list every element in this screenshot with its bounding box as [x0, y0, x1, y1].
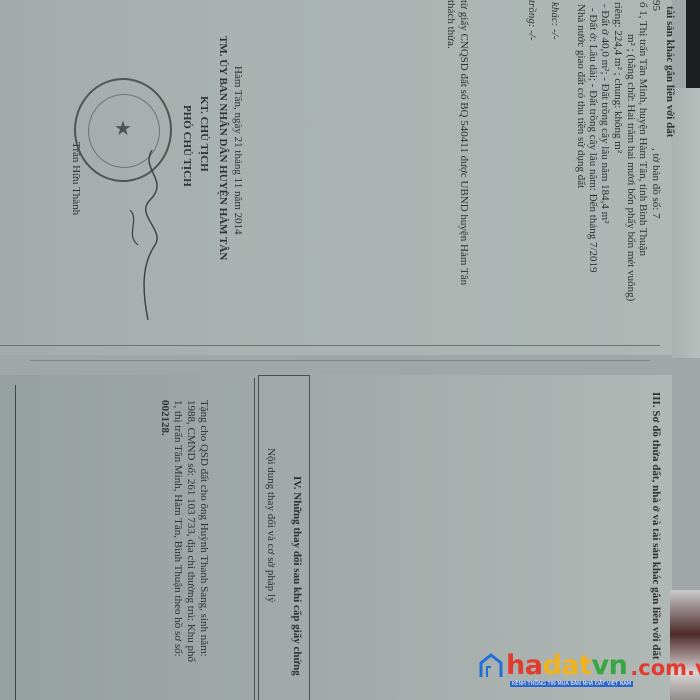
land-use-term-line: - Đất ở: Lâu dài; - Đất trồng cây lâu nă… [586, 8, 599, 273]
change-entry-line-4: 002128. [158, 400, 171, 436]
certificate-origin-line: từ giấy CNQSD đất số BQ 540411 được UBND… [457, 0, 470, 285]
house-logo-icon [478, 653, 504, 679]
section-iii-heading: III. Sơ đồ thửa đất, nhà ở và tài sản kh… [649, 392, 662, 660]
signer-title: PHÓ CHỦ TỊCH [180, 105, 193, 187]
section-heading-fragment: tài sản khác gắn liền với đất [663, 6, 676, 137]
land-use-purpose-line: - Đất ở 40,0 m²; - Đất trồng cây lâu năm… [598, 4, 611, 224]
address-line: ố 1, Thị trấn Tân Minh, huyện Hàm Tân, t… [636, 2, 649, 256]
section-iv-column-header: Nội dung thay đổi và cơ sở pháp lý [264, 448, 277, 603]
area-in-words-line: m² ; (bằng chữ: Hai trăm hai mươi bốn ph… [624, 34, 637, 301]
page-edge-strip [672, 88, 700, 358]
parcel-number-line: 95 [649, 0, 662, 11]
page-fold-line [0, 345, 660, 346]
change-entry-line-1: Tặng cho QSD đất cho ông Huỳnh Thanh San… [197, 400, 210, 657]
change-entry-line-2: 1988, CMND số: 261 103 733, địa chỉ thườ… [184, 400, 197, 662]
background-photo-edge [670, 590, 700, 700]
watermark-logo[interactable]: hadatvn .com.vn KÊNH THÔNG TIN MUA BÁN N… [478, 653, 700, 679]
area-split-line: riêng: 224,4 m² ; chung: không m² [611, 2, 624, 153]
watermark-tagline: KÊNH THÔNG TIN MUA BÁN NHÀ ĐẤT VIỆT NAM [510, 681, 633, 687]
certificate-page-upper [0, 0, 672, 355]
map-sheet-line: , tờ bản đồ số: 7 [649, 148, 662, 219]
issuing-authority: TM. ỦY BAN NHÂN DÂN HUYỆN HÀM TÂN [216, 36, 229, 260]
trees-label: trồng: -/- [525, 0, 538, 41]
on-behalf-of: KT. CHỦ TỊCH [197, 96, 210, 172]
certificate-origin-line-2: thách thửa. [444, 0, 457, 49]
section-iv-heading: IV. Những thay đổi sau khi cấp giấy chứn… [290, 476, 303, 676]
page-fold-line [30, 360, 650, 361]
change-entry-line-3: 1, thị trấn Tân Minh, Hàm Tân, Bình Thuậ… [171, 400, 184, 657]
land-origin-line: Nhà nước giao đất có thu tiền sử dụng đấ… [574, 4, 587, 188]
watermark-domain: .com.vn [630, 657, 700, 679]
document-photo: tài sản khác gắn liền với đất 95 , tờ bả… [0, 0, 700, 700]
table-border [254, 378, 256, 700]
background-edge [686, 0, 700, 88]
place-date: Hàm Tân, ngày 21 tháng 11 năm 2014 [231, 66, 244, 235]
table-border [15, 385, 16, 700]
watermark-brand: hadatvn [506, 653, 627, 679]
signature-icon [120, 150, 180, 320]
other-assets-label: khác: -/- [548, 2, 561, 40]
